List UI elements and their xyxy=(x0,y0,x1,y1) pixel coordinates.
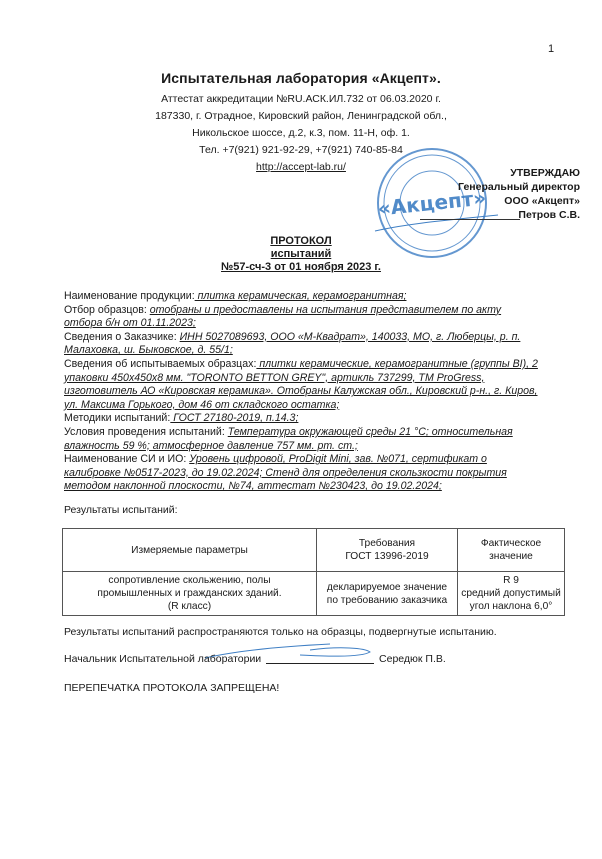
protocol-heading: ПРОТОКОЛ испытаний №57-сч-3 от 01 ноября… xyxy=(0,235,602,274)
approval-block: УТВЕРЖДАЮ Генеральный директор ООО «Акце… xyxy=(440,166,580,222)
info-item: Наименование СИ и ИО: Уровень цифровой, … xyxy=(64,453,538,494)
table-cell: R 9 средний допустимый угол наклона 6,0° xyxy=(458,572,565,616)
table-cell: сопротивление скольжению, полы промышлен… xyxy=(63,572,317,616)
results-note: Результаты испытаний распространяются то… xyxy=(64,626,497,638)
protocol-subtitle: испытаний xyxy=(0,248,602,261)
page-number: 1 xyxy=(548,43,554,55)
protocol-title: ПРОТОКОЛ xyxy=(0,235,602,248)
info-item: Условия проведения испытаний: Температур… xyxy=(64,426,538,453)
approval-line-1: УТВЕРЖДАЮ xyxy=(440,166,580,180)
protocol-number: №57-сч-3 от 01 ноября 2023 г. xyxy=(0,261,602,274)
signer-title: Начальник Испытательной лаборатории xyxy=(64,653,261,665)
approval-signature-line xyxy=(420,219,520,220)
table-header-row: Измеряемые параметры Требования ГОСТ 139… xyxy=(63,529,565,572)
signature-line xyxy=(266,663,374,664)
info-item: Методики испытаний: ГОСТ 27180-2019, п.1… xyxy=(64,412,538,426)
signer-block: Начальник Испытательной лаборатории Сере… xyxy=(64,653,446,665)
accreditation: Аттестат аккредитации №RU.АСК.ИЛ.732 от … xyxy=(0,91,602,108)
phones: Тел. +7(921) 921-92-29, +7(921) 740-85-8… xyxy=(0,142,602,159)
approval-line-2: Генеральный директор xyxy=(440,180,580,194)
address-line-1: 187330, г. Отрадное, Кировский район, Ле… xyxy=(0,108,602,125)
info-item: Наименование продукции: плитка керамичес… xyxy=(64,290,538,304)
website-link[interactable]: http://accept-lab.ru/ xyxy=(256,161,346,173)
info-item: Сведения о Заказчике: ИНН 5027089693, ОО… xyxy=(64,331,538,358)
lab-header: Испытательная лаборатория «Акцепт». Атте… xyxy=(0,70,602,176)
reprint-warning: ПЕРЕПЕЧАТКА ПРОТОКОЛА ЗАПРЕЩЕНА! xyxy=(64,682,279,694)
results-table: Измеряемые параметры Требования ГОСТ 139… xyxy=(62,528,565,616)
info-item: Отбор образцов: отобраны и предоставлены… xyxy=(64,304,538,331)
results-label: Результаты испытаний: xyxy=(64,504,178,516)
lab-title: Испытательная лаборатория «Акцепт». xyxy=(0,70,602,86)
table-cell: декларируемое значение по требованию зак… xyxy=(317,572,458,616)
column-header: Требования ГОСТ 13996-2019 xyxy=(317,529,458,572)
info-section: Наименование продукции: плитка керамичес… xyxy=(64,290,538,494)
column-header: Измеряемые параметры xyxy=(63,529,317,572)
table-row: сопротивление скольжению, полы промышлен… xyxy=(63,572,565,616)
info-item: Сведения об испытываемых образцах: плитк… xyxy=(64,358,538,412)
signer-name: Середюк П.В. xyxy=(379,653,446,665)
address-line-2: Никольское шоссе, д.2, к.3, пом. 11-Н, о… xyxy=(0,125,602,142)
approval-line-3: ООО «Акцепт» xyxy=(440,194,580,208)
column-header: Фактическое значение xyxy=(458,529,565,572)
